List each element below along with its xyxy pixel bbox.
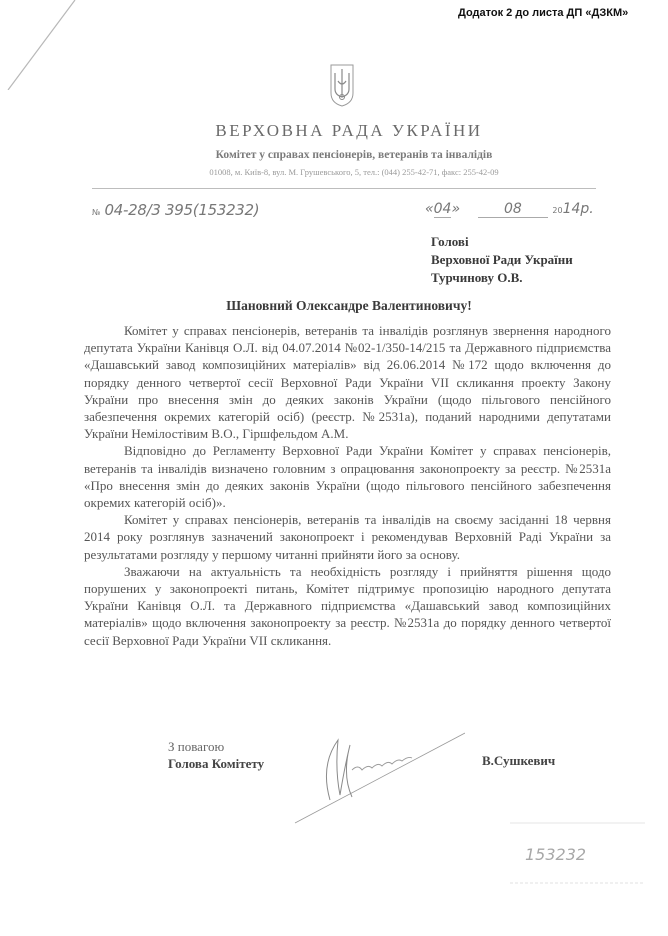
registration-number: № 04-28/3 395(153232) xyxy=(92,201,259,219)
committee-name: Комітет у справах пенсіонерів, ветеранів… xyxy=(0,149,668,161)
registration-date: «04» 08 2014р. xyxy=(425,201,594,218)
addressee-line: Турчинову О.В. xyxy=(431,269,573,287)
signature-icon xyxy=(290,725,465,825)
date-year: 14р. xyxy=(563,201,594,217)
addressee-line: Голові xyxy=(431,233,573,251)
letter-body: Комітет у справах пенсіонерів, ветеранів… xyxy=(84,322,611,649)
letterhead-divider xyxy=(92,188,596,189)
scan-artifact-line xyxy=(0,0,110,90)
committee-address: 01008, м. Київ-8, вул. М. Грушевського, … xyxy=(0,167,668,177)
signer-name: В.Сушкевич xyxy=(482,753,555,769)
trident-emblem-icon xyxy=(329,63,355,107)
addressee-line: Верховної Ради України xyxy=(431,251,573,269)
closing-regards: З повагою xyxy=(168,738,264,755)
signatory-title: Голова Комітету xyxy=(168,755,264,772)
number-value: 04-28/3 395(153232) xyxy=(105,201,260,219)
incoming-stamp-icon: 153232 xyxy=(505,815,650,895)
stamp-handwritten: 153232 xyxy=(525,845,586,864)
organization-name: ВЕРХОВНА РАДА УКРАЇНИ xyxy=(0,121,668,141)
salutation: Шановний Олександре Валентиновичу! xyxy=(0,298,668,314)
date-day: 04 xyxy=(434,201,452,218)
date-month: 08 xyxy=(478,201,548,218)
paragraph: Комітет у справах пенсіонерів, ветеранів… xyxy=(84,511,611,563)
addressee-block: Голові Верховної Ради України Турчинову … xyxy=(431,233,573,287)
number-label: № xyxy=(92,208,100,217)
paragraph: Комітет у справах пенсіонерів, ветеранів… xyxy=(84,322,611,442)
paragraph: Зважаючи на актуальність та необхідність… xyxy=(84,563,611,649)
paragraph: Відповідно до Регламенту Верховної Ради … xyxy=(84,442,611,511)
date-year-prefix: 20 xyxy=(552,206,562,215)
annex-label: Додаток 2 до листа ДП «ДЗКМ» xyxy=(458,7,628,19)
closing-block: З повагою Голова Комітету xyxy=(168,738,264,772)
